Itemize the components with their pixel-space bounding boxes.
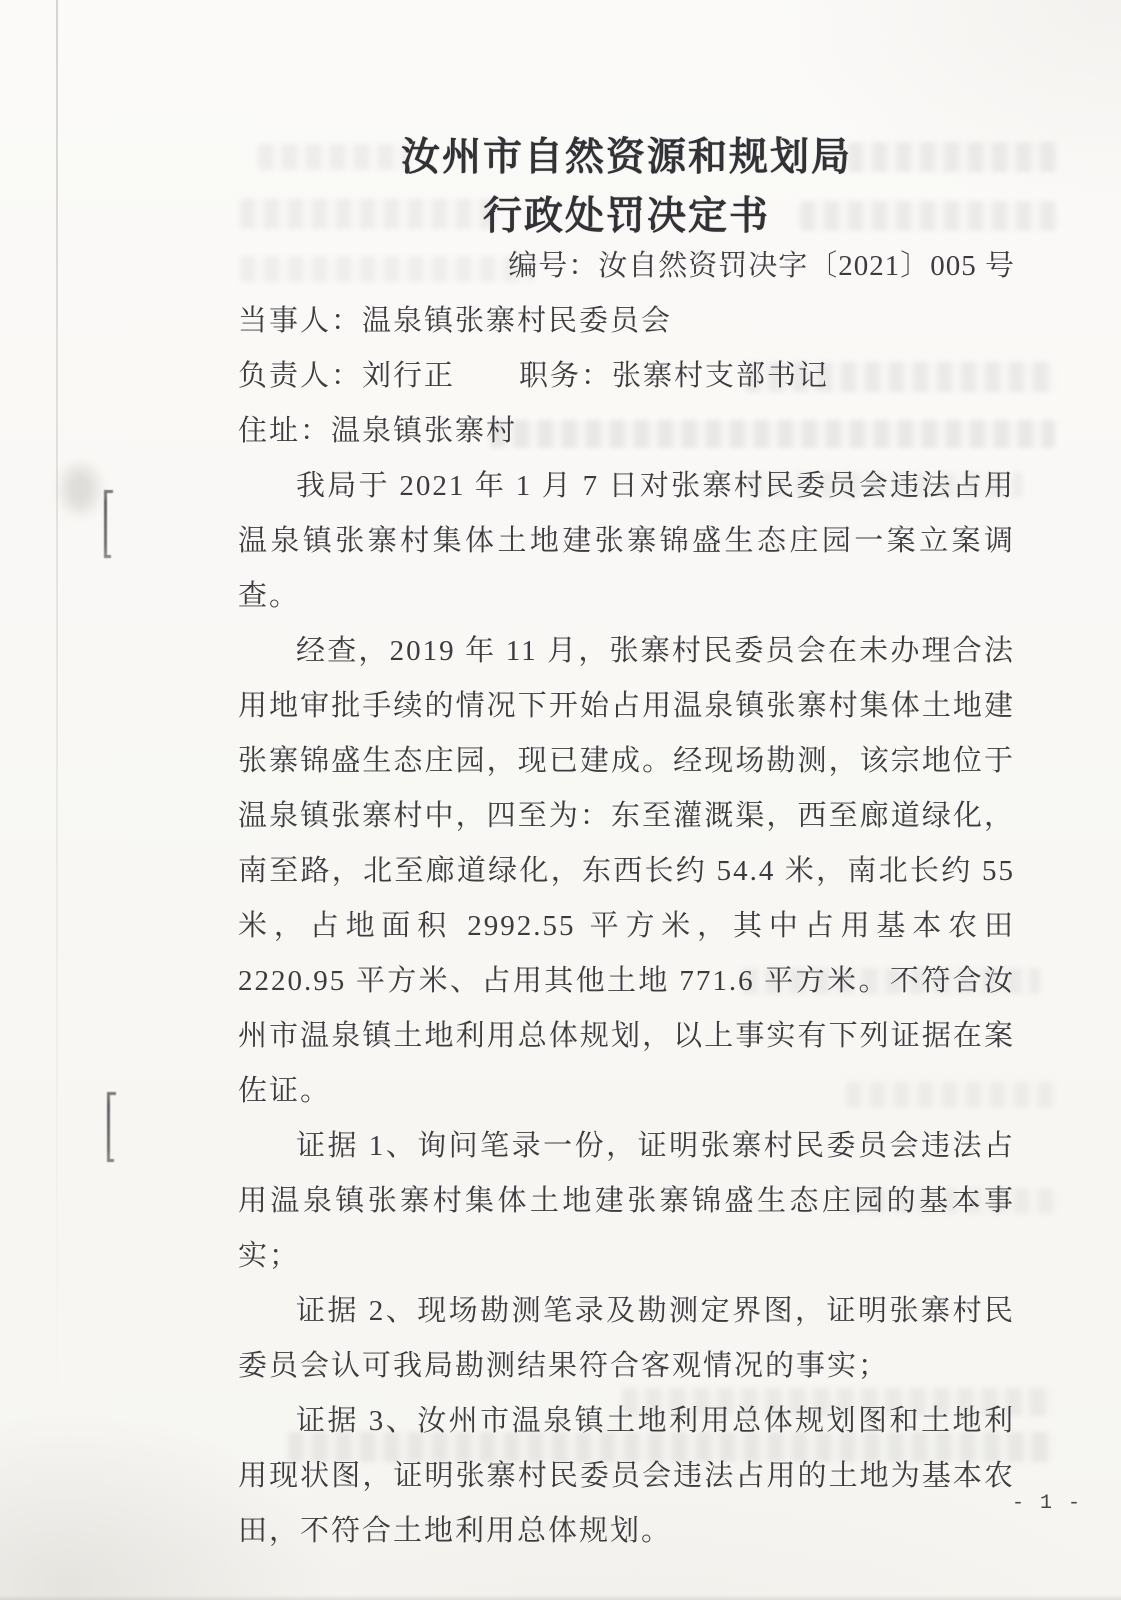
- paragraph-evidence-3: 证据 3、汝州市温泉镇土地利用总体规划图和土地利用现状图，证明张寨村民委员会违法…: [238, 1394, 1015, 1559]
- party-line: 当事人：温泉镇张寨村民委员会: [238, 294, 1015, 349]
- paper-bottom-edge: [0, 1595, 1121, 1600]
- doc-number: 编号：汝自然资罚决字〔2021〕005 号: [238, 239, 1015, 294]
- responsible-line: 负责人：刘行正职务：张寨村支部书记: [238, 349, 1015, 404]
- document-title-block: 汝州市自然资源和规划局 行政处罚决定书: [238, 128, 1015, 246]
- org-title: 汝州市自然资源和规划局: [238, 128, 1015, 187]
- paper-edge-line: [56, 0, 58, 1600]
- staple-mark: [107, 1092, 110, 1162]
- doc-type-title: 行政处罚决定书: [238, 187, 1015, 246]
- paragraph-case-filing: 我局于 2021 年 1 月 7 日对张寨村民委员会违法占用温泉镇张寨村集体土地…: [238, 459, 1015, 624]
- page-number: - 1 -: [1012, 1492, 1082, 1515]
- address-line: 住址：温泉镇张寨村: [238, 404, 1015, 459]
- paragraph-findings: 经查，2019 年 11 月，张寨村民委员会在未办理合法用地审批手续的情况下开始…: [238, 624, 1015, 1119]
- document-body: 编号：汝自然资罚决字〔2021〕005 号 当事人：温泉镇张寨村民委员会 负责人…: [238, 239, 1015, 1559]
- paragraph-evidence-1: 证据 1、询问笔录一份，证明张寨村民委员会违法占用温泉镇张寨村集体土地建张寨锦盛…: [238, 1119, 1015, 1284]
- paragraph-evidence-2: 证据 2、现场勘测笔录及勘测定界图，证明张寨村民委员会认可我局勘测结果符合客观情…: [238, 1284, 1015, 1394]
- position-label: 职务：张寨村支部书记: [519, 360, 829, 392]
- scanned-document-page: 汝州市自然资源和规划局 行政处罚决定书 编号：汝自然资罚决字〔2021〕005 …: [0, 0, 1121, 1600]
- responsible-person: 负责人：刘行正: [238, 360, 455, 392]
- staple-mark: [104, 490, 107, 558]
- scan-smudge: [62, 466, 98, 512]
